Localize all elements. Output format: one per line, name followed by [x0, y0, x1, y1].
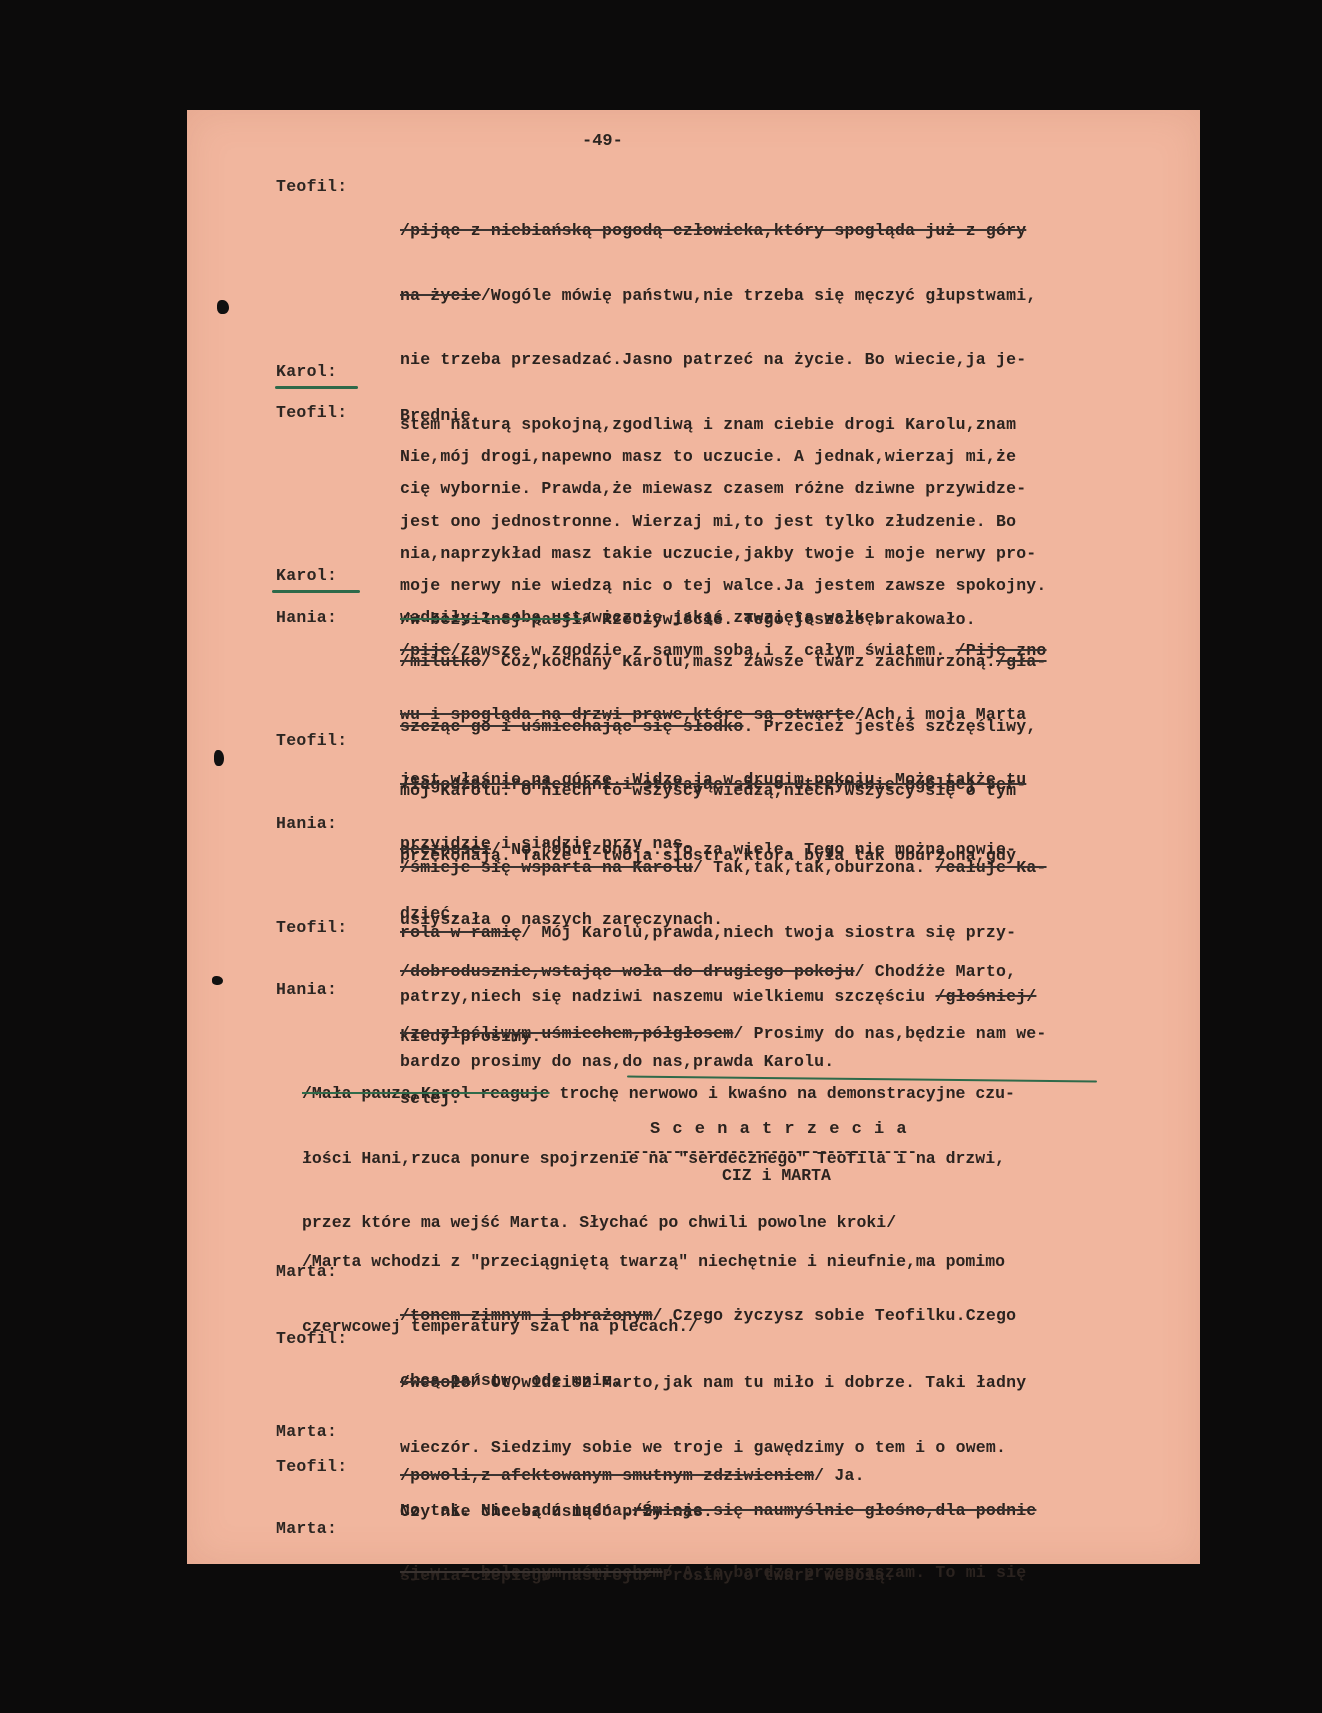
- speaker-label: Teofil:: [276, 403, 347, 422]
- speaker-label: Teofil:: [276, 1457, 347, 1476]
- dialogue-line: No tak. Nie bądź nudna.: [400, 1501, 632, 1520]
- ink-blot: [212, 976, 223, 985]
- dialogue-line: Nie,mój drogi,napewno masz to uczucie. A…: [400, 446, 1190, 468]
- speaker-label: Marta:: [276, 1262, 337, 1281]
- stage-direction-line: trochę nerwowo i kwaśno na demonstracyjn…: [550, 1084, 1015, 1103]
- scene-divider: ------------------------------------: [624, 1143, 916, 1161]
- speaker-label: Teofil:: [276, 918, 347, 937]
- struck-stage-direction: /pijąc z niebiańską pogodą człowieka,któ…: [400, 221, 1026, 240]
- struck-stage-direction: /łagodząc ironię Hani i starając się o u…: [400, 775, 1026, 794]
- green-pen-underline: [275, 386, 358, 389]
- speaker-label: Hania:: [276, 980, 337, 999]
- typescript-page: -49- Teofil: /pijąc z niebiańską pogodą …: [187, 110, 1200, 1564]
- dialogue-line: / Czego życzysz sobie Teofilku.Czego: [653, 1306, 1017, 1325]
- scene-characters: CIZ i MARTA: [722, 1166, 831, 1185]
- speaker-label: Karol:: [276, 362, 337, 381]
- struck-stage-direction: /milutko: [400, 652, 481, 671]
- struck-stage-direction: /Śmieje się naumyślnie głośno,dla podnie: [632, 1501, 1036, 1520]
- dialogue-line: / Ot,widzisz Marto,jak nam tu miło i dob…: [471, 1373, 1027, 1392]
- speaker-label: Karol:: [276, 566, 337, 585]
- speaker-label: Hania:: [276, 608, 337, 627]
- struck-stage-direction: /gła-: [996, 652, 1047, 671]
- ink-blot: [214, 750, 224, 766]
- struck-stage-direction: /wesoło: [400, 1373, 471, 1392]
- dialogue-line: / A,to bardzo przepraszam. To mi się: [663, 1563, 1027, 1582]
- struck-stage-direction: /tonem zimnym i obrażonym: [400, 1306, 653, 1325]
- page-number: -49-: [582, 132, 623, 151]
- dialogue-line: /Wogóle mówię państwu,nie trzeba się męc…: [481, 286, 1037, 305]
- struck-stage-direction: /j.w. z bolesnym uśmiechem: [400, 1563, 663, 1582]
- speaker-label: Teofil:: [276, 1329, 347, 1348]
- speaker-label: Marta:: [276, 1422, 337, 1441]
- speaker-label: Hania:: [276, 814, 337, 833]
- dialogue-line: / Chodźże Marto,: [855, 962, 1017, 981]
- green-pen-underline: [272, 590, 360, 593]
- dialogue-line: / Cóż,kochany Karolu,masz zawsze twarz z…: [481, 652, 996, 671]
- ink-blot: [217, 300, 229, 314]
- dialogue-line: / Tak,tak,tak,oburzona.: [693, 858, 935, 877]
- speaker-label: Teofil:: [276, 177, 347, 196]
- struck-stage-direction: na życie: [400, 286, 481, 305]
- dialogue-text: /j.w. z bolesnym uśmiechem/ A,to bardzo …: [400, 1519, 1190, 1627]
- speaker-label: Marta:: [276, 1519, 337, 1538]
- speaker-label: Teofil:: [276, 731, 347, 750]
- dialogue-line: jest ono jednostronne. Wierzaj mi,to jes…: [400, 511, 1190, 533]
- scene-title: S c e n a t r z e c i a: [650, 1120, 908, 1139]
- struck-stage-direction: /śmieje się wsparta na Karolu: [400, 858, 693, 877]
- struck-stage-direction: /Mała pauza,Karol reaguje: [302, 1084, 550, 1103]
- struck-stage-direction: /dobrodusznie,wstając woła do drugiego p…: [400, 962, 855, 981]
- struck-stage-direction: /całuje Ka-: [935, 858, 1046, 877]
